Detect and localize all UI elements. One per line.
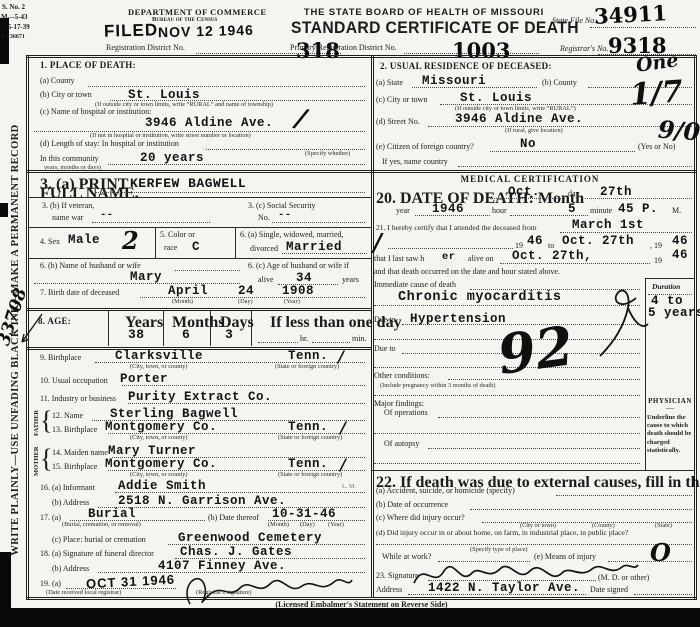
rule [388, 247, 513, 249]
sec17b-note1: (Month) [268, 521, 289, 528]
death-year-value: 1946 [432, 202, 464, 216]
operations-field[interactable] [438, 416, 640, 418]
filed-stamp-word: FILED [104, 20, 159, 41]
ssn-value: -- [278, 209, 292, 221]
cause-value: Chronic myocarditis [398, 290, 561, 305]
filed-stamp-date: NOV 12 1946 [158, 22, 254, 41]
lastsaw-er-value: er [442, 251, 456, 263]
birth-year-value: 1908 [282, 284, 314, 298]
rule [26, 55, 697, 58]
rule [175, 269, 240, 271]
sec20-m-label: M. [672, 207, 681, 216]
md-note: (M. D. or other) [598, 574, 649, 583]
sec19b-note: (Registrar's signature) [196, 589, 252, 596]
sec6c-suffix: years [342, 276, 359, 285]
rule [29, 227, 371, 228]
rule [29, 258, 371, 259]
sec17b-note3: (Year) [328, 521, 344, 528]
other-conditions-label: Other conditions: [374, 372, 430, 381]
year-note: (Year) [284, 298, 300, 305]
birth-day-value: 24 [238, 284, 254, 298]
sec10-label: 10. Usual occupation [40, 377, 108, 386]
footer-note: (Licensed Embalmer's Statement on Revers… [26, 600, 697, 609]
rule [108, 311, 109, 346]
stray-mark [16, 312, 46, 348]
sec15-note2: (State or foreign country) [278, 471, 342, 478]
father-name-value: Sterling Bagwell [110, 407, 238, 421]
sec16b-label: (b) Address [52, 499, 89, 508]
state-file-number: 34911 [593, 0, 667, 29]
due1-value: Hypertension [410, 312, 506, 326]
sec2f-label: If yes, name country [382, 158, 448, 167]
death-minute-value: 45 P. [618, 202, 658, 216]
residence-city-value: St. Louis [460, 91, 532, 105]
disposition-value: Burial [88, 507, 136, 521]
spouse-name-value: Mary [130, 270, 162, 284]
rule [374, 432, 640, 434]
sec1-city-value: St. Louis [128, 88, 200, 102]
veteran-war-field[interactable] [92, 221, 210, 223]
cause-label: Immediate cause of death [374, 281, 456, 290]
date-signed-label: Date signed [590, 586, 628, 595]
handwritten-mark: 9/0 [657, 115, 700, 147]
full-name-value: KERFEW BAGWELL [130, 176, 246, 191]
form-code-2: M—5-43 [1, 13, 27, 21]
duration-value2: 5 years [648, 306, 700, 320]
operations-label: Of operations [384, 409, 428, 418]
cemetery-value: Greenwood Cemetery [178, 531, 322, 545]
rule [372, 470, 694, 471]
sec2b-label: (b) County [542, 79, 577, 88]
age-years-value: 38 [128, 327, 145, 342]
sec1-community-label: In this community [40, 155, 99, 164]
sec13-label: 13. Birthplace [52, 426, 97, 435]
residence-street-value: 3946 Aldine Ave. [455, 112, 583, 126]
sec6c-label1: 6. (c) Age of husband or wife if [248, 262, 349, 271]
birthplace-state-value: Tenn. [288, 349, 328, 363]
informant-value: Addie Smith [118, 479, 206, 493]
sec1-hospital-value: 3946 Aldine Ave. [145, 116, 273, 130]
rule [26, 170, 697, 173]
sec6c-label2: alive [258, 276, 274, 285]
duration-label: Duration [652, 283, 680, 291]
sec3c-label2: No. [258, 214, 270, 223]
mother-birthplace-state: Tenn. [288, 457, 328, 471]
sec17b-note2: (Day) [300, 521, 315, 528]
handwritten-mark: 1/7 [629, 74, 684, 113]
citizen-value: No [520, 137, 536, 151]
hr-label: hr. [300, 335, 308, 344]
sec20-hour-label: hour [492, 207, 507, 216]
lastsaw-date-value: Oct. 27th, [512, 249, 592, 263]
death-month-value: Oct. [508, 185, 540, 199]
sec17a-note: (Burial, cremation, or removal) [62, 521, 141, 528]
sec22c-label: (c) Where did injury occur? [376, 514, 465, 523]
form-code-3: v. 5-17-39 [1, 23, 30, 31]
day-note: (Day) [238, 298, 253, 305]
sec1-city-label: (b) City or town [40, 91, 92, 100]
sec17a-num: 17. (a) [40, 514, 61, 523]
sec21-19b: , 19 [650, 242, 662, 251]
primary-district-label: Primary Registration District No. [290, 44, 397, 53]
sec21-line1: 21. I hereby certify that I attended the… [376, 224, 537, 232]
sec20-day-label: day [568, 190, 580, 199]
handwritten-zero: O [650, 538, 671, 567]
rule [235, 227, 236, 258]
attended-from-value: March 1st [572, 218, 644, 232]
death-hour-field[interactable] [510, 214, 588, 216]
sec19a-note: (Date received local registrar) [46, 589, 121, 596]
handwritten-mark: One [635, 49, 680, 77]
marital-value: Married [286, 240, 342, 254]
sec13-note2: (State or foreign country) [278, 434, 342, 441]
rule [155, 227, 156, 258]
age-days-value: 3 [225, 327, 233, 342]
death-certificate: S. No. 2 M—5-43 v. 5-17-39 1 X36671 WRIT… [0, 0, 700, 627]
sec22d-note: (Specify type of place) [470, 546, 528, 553]
sec18a-label: 18. (a) Signature of funeral director [40, 550, 154, 559]
birth-month-value: April [168, 284, 208, 298]
funeral-director-value: Chas. J. Gates [180, 545, 292, 559]
sec19-num: 19. (a) [40, 580, 61, 589]
death-day-value: 27th [600, 185, 632, 199]
county-field[interactable] [88, 85, 365, 87]
autopsy-label: Of autopsy [384, 440, 419, 449]
sec2c-label: (c) City or town [376, 96, 427, 105]
informant-mark: L. M. [342, 483, 356, 490]
medical-title: MEDICAL CERTIFICATION [420, 174, 640, 184]
father-birthplace-city: Montgomery Co. [105, 420, 217, 434]
sec1-community-value: 20 years [140, 151, 204, 165]
sec13-note1: (City, town, or county) [130, 434, 187, 441]
sec3b-label1: 3. (b) If veteran, [42, 202, 94, 211]
sec2e-label: (e) Citizen of foreign country? [376, 143, 474, 152]
primary-district-number: 1003 [452, 38, 510, 63]
residence-state-value: Missouri [422, 74, 486, 88]
sec17c-label: (c) Place: burial or cremation [52, 536, 146, 545]
min-label: min. [352, 335, 366, 344]
month-note: (Month) [172, 298, 193, 305]
addr-label: Address [376, 586, 402, 595]
father-birthplace-state: Tenn. [288, 420, 328, 434]
mother-label: MOTHER [33, 446, 40, 476]
certificate-title: STANDARD CERTIFICATE OF DEATH [291, 19, 557, 38]
rule [374, 394, 640, 396]
attended-to-value: Oct. 27th [562, 234, 634, 248]
sec9-note2: (State or foreign country) [275, 363, 339, 370]
autopsy-field[interactable] [428, 447, 640, 449]
rule [645, 278, 694, 279]
rule [29, 197, 371, 198]
sec1-hospital-label: (c) Name of hospital or institution: [40, 108, 151, 117]
handwritten-slash: / [373, 228, 382, 257]
board-title: THE STATE BOARD OF HEALTH OF MISSOURI [288, 7, 560, 18]
underline-instruction: Underline the cause to which death shoul… [647, 414, 694, 455]
attended-year2-value: 46 [672, 234, 688, 248]
due2-label: Due to [374, 345, 396, 354]
rule [374, 462, 640, 464]
attended-year1-value: 46 [527, 234, 543, 248]
mother-name-value: Mary Turner [108, 444, 196, 458]
sec2c-note: (If outside city or town limits, write “… [455, 105, 576, 112]
sec6a-label1: 6. (a) Single, widowed, married, [240, 231, 344, 240]
rule [26, 308, 371, 311]
sec1-community-note: years, months or days) [44, 164, 101, 171]
scan-blob-left [0, 203, 8, 217]
mother-birthplace-city: Montgomery Co. [105, 457, 217, 471]
age-col-months: Months [172, 314, 224, 332]
other-conditions-note: (Include pregnancy within 3 months of de… [380, 382, 495, 389]
sec2-title: 2. USUAL RESIDENCE OF DECEASED: [380, 61, 552, 71]
registration-district-label: Registration District No. [106, 44, 185, 53]
sec20-min-label: minute [590, 207, 612, 216]
father-label: FATHER [33, 410, 40, 436]
sec12-label: 12. Name [52, 412, 83, 421]
injury-place-type-field[interactable] [376, 543, 692, 545]
ssn-field[interactable] [272, 221, 365, 223]
occurrence-date-field[interactable] [470, 508, 692, 510]
scan-bottom-bar [0, 608, 700, 627]
spouse-age-value: 34 [296, 271, 312, 285]
veteran-war-value: -- [100, 209, 114, 221]
sec15-label: 15. Birthplace [52, 463, 97, 472]
sex-value: Male [68, 233, 100, 247]
sec1-stay-note: (Specify whether) [305, 150, 350, 157]
disposition-date-value: 10-31-46 [272, 507, 336, 521]
sec20-year-label: year [396, 207, 410, 216]
sec1-title: 1. PLACE OF DEATH: [40, 60, 136, 70]
sec1-hospital-note: (If not in hospital or institution, writ… [90, 132, 251, 139]
fullname-field[interactable] [95, 191, 365, 193]
form-code-1: S. No. 2 [2, 3, 25, 11]
sec22b-label: (b) Date of occurrence [376, 501, 448, 510]
state-file-label: State File No. [552, 17, 596, 26]
father-brace: { [40, 406, 52, 436]
sec17b-label: (b) Date thereof [208, 514, 259, 523]
sec5-label2: race [164, 244, 177, 253]
hr-field[interactable] [258, 341, 298, 343]
sec4-label: 4. Sex [40, 238, 60, 247]
sec22a-label: (a) Accident, suicide, or homicide (spec… [376, 487, 515, 496]
accident-field[interactable] [556, 494, 692, 496]
industry-value: Purity Extract Co. [128, 390, 272, 404]
sec5-label1: 5. Color or [160, 231, 195, 240]
sec9-label: 9. Birthplace [40, 354, 81, 363]
form-code-4: 1 X36671 [1, 34, 25, 40]
occupation-value: Porter [120, 372, 168, 386]
sec9-note1: (City, town, or county) [130, 363, 187, 370]
citizen-field[interactable] [490, 150, 635, 152]
sec18b-label: (b) Address [52, 565, 89, 574]
age-months-value: 6 [182, 327, 190, 342]
birthplace-city-value: Clarksville [115, 349, 203, 363]
sec1-county-label: (a) County [40, 77, 74, 86]
sec22c-note3: (State) [655, 522, 672, 529]
sec6b-label: 6. (b) Name of husband or wife [40, 262, 141, 271]
physician-address-value: 1422 N. Taylor Ave. [428, 581, 580, 595]
sec16a-label: 16. (a) Informant [40, 484, 95, 493]
sec11-label: 11. Industry or business [40, 395, 116, 404]
sec2d-label: (d) Street No. [376, 118, 420, 127]
sec14-label: 14. Maiden name [52, 449, 108, 458]
sec21-line2b: alive on [468, 255, 494, 264]
physician-dash: — [646, 404, 694, 413]
sec21-line2a: that I last saw h [374, 255, 424, 264]
handwritten-sex-code: 2 [122, 226, 139, 255]
lastsaw-year-value: 46 [672, 248, 688, 262]
sec21-line3: and that death occurred on the date and … [374, 268, 560, 277]
date-signed-field[interactable] [634, 593, 692, 595]
sec3b-label2: name war [52, 214, 83, 223]
sec2a-label: (a) State [376, 79, 403, 88]
informant-address-value: 2518 N. Garrison Ave. [118, 494, 286, 508]
min-field[interactable] [312, 341, 350, 343]
sec2d-note: (If rural, give location) [505, 127, 563, 134]
sec6a-label2: divorced [250, 245, 278, 254]
death-hour-value: 5 [568, 202, 576, 216]
country-field[interactable] [458, 165, 692, 167]
race-value: C [192, 240, 200, 254]
sec22d-label: (d) Did injury occur in or about home, o… [376, 529, 628, 537]
mother-brace: { [40, 444, 52, 474]
sec1-stay-label: (d) Length of stay: In hospital or insti… [40, 140, 179, 149]
due1-label: Due to [374, 316, 396, 325]
sec15-note1: (City, town, or county) [130, 471, 187, 478]
sec7-label: 7. Birth date of deceased [40, 289, 119, 298]
handwritten-code: 92 [494, 313, 577, 387]
handwritten-flourish [592, 282, 652, 362]
sec21-19c: 19 [654, 257, 662, 266]
